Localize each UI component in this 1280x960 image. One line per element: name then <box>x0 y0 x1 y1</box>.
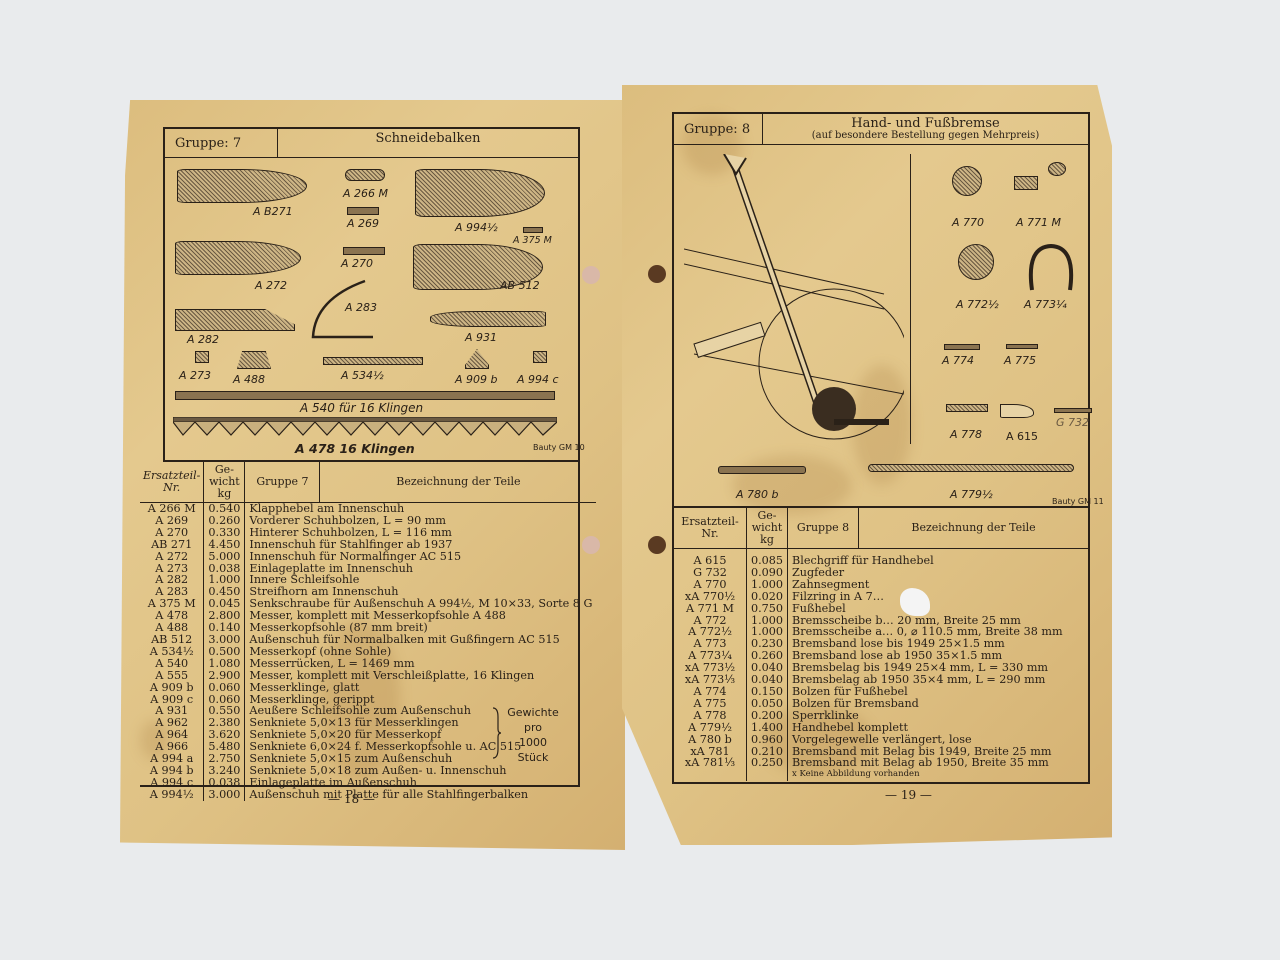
figure-label: A 540 für 16 Klingen <box>300 401 423 415</box>
table-row: xA 770½0.020Filzring in A 7… <box>674 591 1088 603</box>
description-cell: Messerrücken, L = 1469 mm <box>245 658 597 670</box>
bolt-a774-drawing <box>944 344 980 350</box>
figure-label: A 772½ <box>956 298 999 311</box>
weight-cell: 0.060 <box>204 682 245 694</box>
description-cell: Innenschuh für Normalfinger AC 515 <box>245 551 597 563</box>
brace-note-line: Gewichte <box>502 705 564 720</box>
weight-cell: 0.250 <box>747 757 788 769</box>
figure-label: A 615 <box>1006 430 1038 443</box>
figure-label: A 273 <box>179 369 211 382</box>
column-header-group: Gruppe 7 <box>245 462 320 503</box>
outer-shoe-a994-drawing <box>415 169 545 217</box>
figure-label: A 773¼ <box>1024 298 1067 311</box>
table-row: A 7780.200Sperrklinke <box>674 710 1088 722</box>
figure-label: A 488 <box>233 373 265 386</box>
description-cell: Vorgelegewelle verlängert, lose <box>788 734 1088 746</box>
parts-table-group-8: Ersatzteil- Nr. Ge- wicht kg Gruppe 8 Be… <box>672 508 1090 784</box>
inner-shoe-a272-drawing <box>175 241 301 275</box>
table-row: A 771 M0.750Fußhebel <box>674 603 1088 615</box>
part-number-cell: A 778 <box>674 710 747 722</box>
weight-note: Gewichte pro 1000 Stück <box>502 705 564 765</box>
description-cell: Bremsband mit Belag ab 1950, Breite 35 m… <box>788 757 1088 769</box>
table-row: A 7750.050Bolzen für Bremsband <box>674 698 1088 710</box>
weight-cell: 0.200 <box>747 710 788 722</box>
description-cell: Fußhebel <box>788 603 1088 615</box>
part-number-cell: A 272 <box>140 551 204 563</box>
table-row: A 5401.080Messerrücken, L = 1469 mm <box>140 658 596 670</box>
table-row: A 780 b0.960Vorgelegewelle verlängert, l… <box>674 734 1088 746</box>
table-row: G 7320.090Zugfeder <box>674 567 1088 579</box>
figure-label: AB 512 <box>500 279 540 292</box>
part-number-cell: A 540 <box>140 658 204 670</box>
weight-cell: 4.450 <box>204 539 245 551</box>
weight-cell: 3.000 <box>204 789 245 801</box>
weight-cell: 0.330 <box>204 527 245 539</box>
weight-cell: 0.020 <box>747 591 788 603</box>
bolt-a775-drawing <box>1006 344 1038 349</box>
column-header-description: Bezeichnung der Teile <box>320 462 597 503</box>
figure-label: A 994 c <box>517 373 559 386</box>
brake-band-a773-drawing <box>1026 242 1076 292</box>
figure-label: A 266 M <box>343 187 388 200</box>
brace-note-line: 1000 Stück <box>502 735 564 765</box>
column-header-part-number: Ersatzteil- Nr. <box>674 508 747 549</box>
figure-label: A 270 <box>341 257 373 270</box>
part-number-cell: A 771 M <box>674 603 747 615</box>
page-number: — 18 — <box>328 792 375 806</box>
weight-cell: 1.080 <box>204 658 245 670</box>
table-row: A 7701.000Zahnsegment <box>674 579 1088 591</box>
table-row: A 779½1.400Handhebel komplett <box>674 722 1088 734</box>
knife-back-a540-drawing <box>175 391 555 400</box>
figure-label: A 770 <box>952 216 984 229</box>
knife-head-a534-drawing <box>323 357 423 365</box>
brace-note-line: pro <box>502 720 564 735</box>
figure-label: A 774 <box>942 354 974 367</box>
spring-g732-drawing <box>1054 408 1092 413</box>
description-cell: Sperrklinke <box>788 710 1088 722</box>
figure-panel-group-7: Gruppe: 7 Schneidebalken A B271 A 266 M … <box>163 127 580 462</box>
part-number-cell: A 270 <box>140 527 204 539</box>
description-cell: Einlageplatte im Außenschuh <box>245 777 597 789</box>
figure-label: A 375 M <box>513 235 552 246</box>
part-number-cell: A 780 b <box>674 734 747 746</box>
screw-a375m-drawing <box>523 227 543 233</box>
part-number-cell: A 534½ <box>140 646 204 658</box>
figure-label: A 283 <box>345 301 377 314</box>
table-footnote-row: x Keine Abbildung vorhanden <box>674 769 1088 781</box>
punch-hole <box>582 266 600 284</box>
column-header-group: Gruppe 8 <box>788 508 859 549</box>
figure-label: A 780 b <box>736 488 779 501</box>
weight-cell: 0.500 <box>204 646 245 658</box>
weight-cell: 1.400 <box>747 722 788 734</box>
figure-label: A 994½ <box>455 221 498 234</box>
weight-cell: 2.900 <box>204 670 245 682</box>
part-number-cell: xA 770½ <box>674 591 747 603</box>
figure-label: A 282 <box>187 333 219 346</box>
figure-label: A 478 16 Klingen <box>295 441 415 456</box>
shaft-a780b-drawing <box>718 466 806 474</box>
description-cell: Zahnsegment <box>788 579 1088 591</box>
title-main: Hand- und Fußbremse <box>851 116 1000 131</box>
figure-label: A 272 <box>255 279 287 292</box>
weight-cell: 1.000 <box>747 579 788 591</box>
page-number: — 19 — <box>885 788 932 802</box>
blade-a909b-drawing <box>465 349 489 369</box>
part-number-cell: xA 781⅓ <box>674 757 747 769</box>
inner-shoe-ab271-drawing <box>177 169 307 203</box>
weight-cell: 0.750 <box>747 603 788 615</box>
figure-label: A 269 <box>347 217 379 230</box>
table-row: A 534½0.500Messerkopf (ohne Sohle) <box>140 646 596 658</box>
figure-label: A 778 <box>950 428 982 441</box>
table-row: A 6150.085Blechgriff für Handhebel <box>674 555 1088 567</box>
grip-a615-drawing <box>1000 404 1034 418</box>
part-number-cell: A 779½ <box>674 722 747 734</box>
part-number-cell: AB 271 <box>140 539 204 551</box>
figure-credit: Bauty GM 11 <box>1052 497 1104 506</box>
description-cell: Hinterer Schuhbolzen, L = 116 mm <box>245 527 597 539</box>
tooth-segment-a770-drawing <box>952 166 982 196</box>
table-row: A 994 c0.038Einlageplatte im Außenschuh <box>140 777 596 789</box>
table-row: A 5552.900Messer, komplett mit Verschlei… <box>140 670 596 682</box>
hand-lever-a779-drawing <box>868 464 1074 472</box>
table-row: A 2725.000Innenschuh für Normalfinger AC… <box>140 551 596 563</box>
figure-label: A 534½ <box>341 369 384 382</box>
brace-icon <box>492 707 502 759</box>
pawl-a778-drawing <box>946 404 988 412</box>
footnote: x Keine Abbildung vorhanden <box>788 769 1088 781</box>
table-row: AB 2714.450Innenschuh für Stahlfinger ab… <box>140 539 596 551</box>
description-cell: Messer, komplett mit Verschleißplatte, 1… <box>245 670 597 682</box>
foot-pedal-drawing <box>1048 162 1066 176</box>
description-cell: Außenschuh mit Platte für alle Stahlfing… <box>245 789 597 801</box>
description-cell: Messerklinge, glatt <box>245 682 597 694</box>
section-title: Schneidebalken <box>278 129 578 157</box>
figure-label: A 771 M <box>1016 216 1061 229</box>
figure-label: G 732 <box>1056 416 1089 429</box>
part-number-cell: A 555 <box>140 670 204 682</box>
weight-cell: 0.038 <box>204 777 245 789</box>
punch-hole <box>648 265 666 283</box>
figure-label: A 779½ <box>950 488 993 501</box>
figure-label: A 775 <box>1004 354 1036 367</box>
group-label: Gruppe: 7 <box>165 129 278 157</box>
knife-sole-a488-drawing <box>237 351 271 369</box>
title-sub: (auf besondere Bestellung gegen Mehrprei… <box>763 131 1088 142</box>
figure-label: A 909 b <box>455 373 498 386</box>
parts-table-group-7: Ersatzteil- Nr. Ge- wicht kg Gruppe 7 Be… <box>140 462 580 787</box>
part-number-cell: A 775 <box>674 698 747 710</box>
table-row: A 909 b0.060Messerklinge, glatt <box>140 682 596 694</box>
description-cell: Handhebel komplett <box>788 722 1088 734</box>
column-header-part-number: Ersatzteil- Nr. <box>140 462 204 503</box>
brake-disc-a772-drawing <box>958 244 994 280</box>
section-title: Hand- und Fußbremse (auf besondere Beste… <box>763 114 1088 144</box>
part-number-cell: A 909 b <box>140 682 204 694</box>
panel-header: Gruppe: 7 Schneidebalken <box>165 129 578 158</box>
weight-cell: 0.050 <box>747 698 788 710</box>
punch-hole <box>648 536 666 554</box>
part-number-cell: A 770 <box>674 579 747 591</box>
column-header-weight: Ge- wicht kg <box>747 508 788 549</box>
divider <box>910 154 911 444</box>
figure-label: A B271 <box>253 205 293 218</box>
weight-cell: 0.960 <box>747 734 788 746</box>
figure-credit: Bauty GM 10 <box>533 443 585 452</box>
description-cell: Innenschuh für Stahlfinger ab 1937 <box>245 539 597 551</box>
part-number-cell: A 994 c <box>140 777 204 789</box>
group-label: Gruppe: 8 <box>674 114 763 144</box>
panel-header: Gruppe: 8 Hand- und Fußbremse (auf beson… <box>674 114 1088 145</box>
lever-a266m-drawing <box>345 169 385 181</box>
foot-lever-a771m-drawing <box>1014 176 1038 190</box>
knife-a478-drawing <box>173 417 557 437</box>
weight-cell: 5.000 <box>204 551 245 563</box>
part-number-cell: A 994½ <box>140 789 204 801</box>
description-cell: Filzring in A 7… <box>788 591 1088 603</box>
outer-sole-a931-drawing <box>430 311 546 327</box>
plate-a994c-drawing <box>533 351 547 363</box>
description-cell: Messerkopf (ohne Sohle) <box>245 646 597 658</box>
table-row: xA 781⅓0.250Bremsband mit Belag ab 1950,… <box>674 757 1088 769</box>
bolt-a270-drawing <box>343 247 385 255</box>
figure-label: A 931 <box>465 331 497 344</box>
inner-sole-a282-drawing <box>175 309 295 331</box>
column-header-description: Bezeichnung der Teile <box>859 508 1088 549</box>
description-cell: Bolzen für Bremsband <box>788 698 1088 710</box>
column-header-weight: Ge- wicht kg <box>204 462 245 503</box>
figure-panel-group-8: Gruppe: 8 Hand- und Fußbremse (auf beson… <box>672 112 1090 508</box>
bolt-a269-drawing <box>347 207 379 215</box>
table-row: A 2700.330Hinterer Schuhbolzen, L = 116 … <box>140 527 596 539</box>
brake-assembly-illustration <box>684 154 904 444</box>
insert-plate-a273-drawing <box>195 351 209 363</box>
